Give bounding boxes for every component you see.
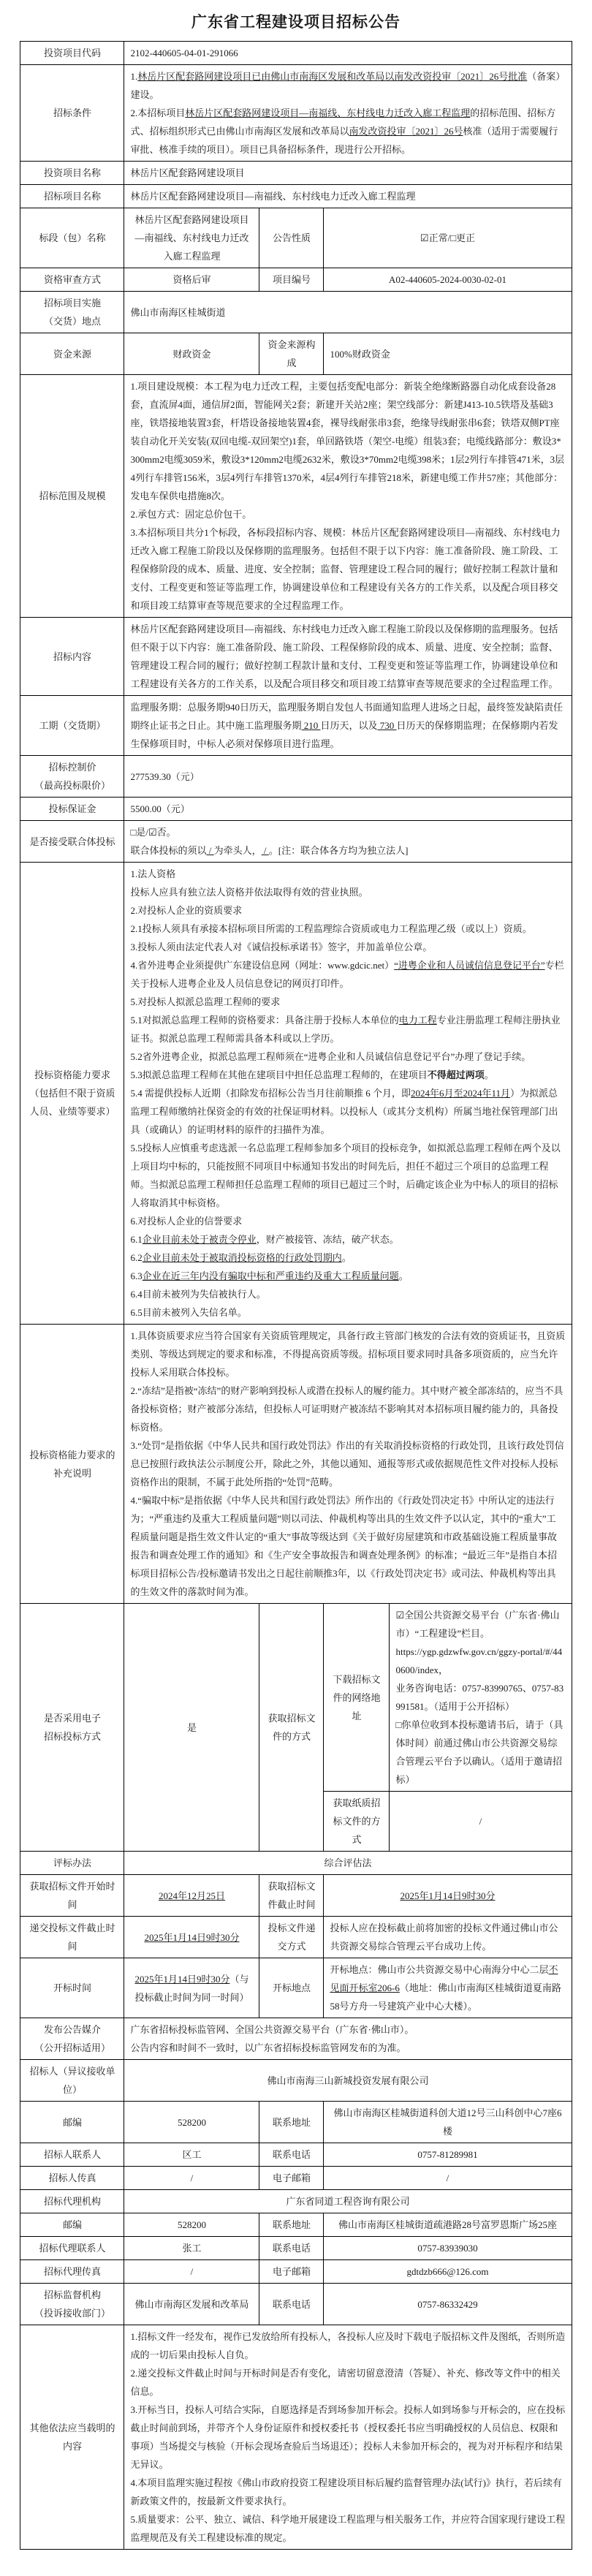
other-matters-value: 1.招标文件一经发布，视作已发放给所有投标人，各投标人应及时下载电子版招标文件及… [124,2325,572,2550]
location-label: 招标项目实施 （交货）地点 [20,292,124,333]
notice-nature-label: 公告性质 [259,208,324,268]
tenderer-fax-value: / [124,2167,259,2190]
tenderer-address-label: 联系地址 [259,2102,324,2143]
agency-zip-value: 528200 [124,2213,259,2237]
tenderer-contact-label: 招标人联系人 [20,2143,124,2167]
funds-source-value: 财政资金 [124,333,259,375]
row-funds: 资金来源 财政资金 资金来源构成 100%财政资金 [20,333,572,375]
tenderer-email-label: 电子邮箱 [259,2167,324,2190]
row-qualification-review: 资格审查方式 资格后审 项目编号 A02-440605-2024-0030-02… [20,268,572,292]
scope-label: 招标范围及规模 [20,375,124,618]
investment-name-value: 林岳片区配套路网建设项目 [124,162,572,185]
funds-composition-value: 100%财政资金 [324,333,572,375]
funds-source-label: 资金来源 [20,333,124,375]
submission-deadline-value: 2025年1月14日9时30分 [124,1917,259,1958]
row-tenderer: 招标人（异议接收单位） 佛山市南海三山新城投资发展有限公司 [20,2060,572,2102]
supervisor-phone-value: 0757-86332429 [324,2284,572,2325]
qualification-review-label: 资格审查方式 [20,268,124,292]
qualification-review-value: 资格后审 [124,268,259,292]
row-tenderer-fax: 招标人传真 / 电子邮箱 / [20,2167,572,2190]
joint-venture-value: □是/☑否。 联合体投标的须以 / 为牵头人， / 。[注：联合体各方均为独立法… [124,821,572,863]
agency-phone-label: 联系电话 [259,2237,324,2260]
row-location: 招标项目实施 （交货）地点 佛山市南海区桂城街道 [20,292,572,333]
scope-value: 1.项目建设规模：本工程为电力迁改工程，主要包括变配电部分：新装全绝缘断路器自动… [124,375,572,618]
row-section-name: 标段（包）名称 林岳片区配套路网建设项目—南福线、东村线电力迁改入廊工程监理 公… [20,208,572,268]
bid-opening-time-label: 开标时间 [20,1958,124,2018]
investment-name-label: 投资项目名称 [20,162,124,185]
row-supervisor: 招标监督机构 （投诉接收部门） 佛山市南海区发展和改革局 联系电话 0757-8… [20,2284,572,2325]
ebidding-label: 是否采用电子 招标投标方式 [20,1604,124,1852]
row-qualification-requirements: 投标资格能力要求 （包括但不限于资质 人员、业绩等要求） 1.法人资格 投标人应… [20,863,572,1325]
row-bid-deposit: 投标保证金 5500.00（元） [20,798,572,821]
bid-opening-place-value: 开标地点：佛山市公共资源交易中心南海分中心二层不见面开标室206-6（地址：佛山… [324,1958,572,2018]
doc-start-time-value: 2024年12月25日 [124,1875,259,1917]
announcement-table: 投资项目代码 2102-440605-04-01-291066 招标条件 1.林… [20,41,572,2550]
duration-label: 工期（交货期） [20,696,124,756]
doc-end-time-label: 获取招标文件截止时间 [259,1875,324,1917]
section-name-value: 林岳片区配套路网建设项目—南福线、东村线电力迁改入廊工程监理 [124,208,259,268]
row-agency-fax: 招标代理传真 / 电子邮箱 gdtdzb666@126.com [20,2260,572,2284]
agency-label: 招标代理机构 [20,2190,124,2213]
tenderer-label: 招标人（异议接收单位） [20,2060,124,2102]
section-name-label: 标段（包）名称 [20,208,124,268]
price-ceiling-label: 招标控制价 （最高投标限价） [20,756,124,798]
funds-composition-label: 资金来源构成 [259,333,324,375]
announcement-page: 广东省工程建设项目招标公告 投资项目代码 2102-440605-04-01-2… [0,0,592,2576]
qualification-supplement-label: 投标资格能力要求的补充说明 [20,1325,124,1604]
download-address-value: ☑全国公共资源交易平台（广东省·佛山市）“工程建设”栏目。 https://yg… [390,1604,572,1792]
agency-fax-label: 招标代理传真 [20,2260,124,2284]
tenderer-address-value: 佛山市南海区桂城街道科创大道12号三山科创中心7座6楼 [324,2102,572,2143]
submission-method-label: 投标文件递交方式 [259,1917,324,1958]
agency-email-value: gdtdzb666@126.com [324,2260,572,2284]
tender-name-label: 招标项目名称 [20,185,124,208]
download-address-label: 下载招标文件的网络地址 [324,1604,390,1792]
investment-code-value: 2102-440605-04-01-291066 [124,42,572,65]
announcement-media-label: 发布公告媒介 （公开招标适用） [20,2018,124,2060]
tenderer-email-value: / [324,2167,572,2190]
row-agency: 招标代理机构 广东省同道工程咨询有限公司 [20,2190,572,2213]
tender-conditions-value: 1.林岳片区配套路网建设项目已由佛山市南海区发展和改革局以南发改资投审〔2021… [124,65,572,162]
row-ebidding: 是否采用电子 招标投标方式 是 获取招标文件的方式 下载招标文件的网络地址 ☑全… [20,1604,572,1792]
project-number-value: A02-440605-2024-0030-02-01 [324,268,572,292]
tender-content-label: 招标内容 [20,618,124,696]
qualification-requirements-label: 投标资格能力要求 （包括但不限于资质 人员、业绩等要求） [20,863,124,1325]
agency-phone-value: 0757-83939030 [324,2237,572,2260]
row-tender-content: 招标内容 林岳片区配套路网建设项目—南福线、东村线电力迁改入廊工程施工阶段以及保… [20,618,572,696]
duration-value: 监理服务期：总服务期940日历天，监理服务期自发包人书面通知监理人进场之日起，最… [124,696,572,756]
investment-code-label: 投资项目代码 [20,42,124,65]
tenderer-phone-label: 联系电话 [259,2143,324,2167]
row-duration: 工期（交货期） 监理服务期：总服务期940日历天，监理服务期自发包人书面通知监理… [20,696,572,756]
row-investment-name: 投资项目名称 林岳片区配套路网建设项目 [20,162,572,185]
announcement-media-value: 广东省招标投标监管网、全国公共资源交易平台（广东省·佛山市）。 公告内容和时间不… [124,2018,572,2060]
supervisor-value: 佛山市南海区发展和改革局 [124,2284,259,2325]
bid-opening-place-label: 开标地点 [259,1958,324,2018]
agency-address-label: 联系地址 [259,2213,324,2237]
row-tenderer-zip: 邮编 528200 联系地址 佛山市南海区桂城街道科创大道12号三山科创中心7座… [20,2102,572,2143]
row-qualification-supplement: 投标资格能力要求的补充说明 1.具体资质要求应当符合国家有关资质管理规定，具备行… [20,1325,572,1604]
row-other-matters: 其他依法应当载明的内容 1.招标文件一经发布，视作已发放给所有投标人，各投标人应… [20,2325,572,2550]
qualification-supplement-value: 1.具体资质要求应当符合国家有关资质管理规定，具备行政主管部门核发的合法有效的资… [124,1325,572,1604]
row-tender-conditions: 招标条件 1.林岳片区配套路网建设项目已由佛山市南海区发展和改革局以南发改资投审… [20,65,572,162]
agency-zip-label: 邮编 [20,2213,124,2237]
other-matters-label: 其他依法应当载明的内容 [20,2325,124,2550]
bid-deposit-value: 5500.00（元） [124,798,572,821]
doc-obtain-method-label: 获取招标文件的方式 [259,1604,324,1852]
row-evaluation-method: 评标办法 综合评估法 [20,1852,572,1875]
tender-conditions-label: 招标条件 [20,65,124,162]
row-agency-zip: 邮编 528200 联系地址 佛山市南海区桂城街道疏港路28号富罗恩斯广场25座 [20,2213,572,2237]
qualification-requirements-value: 1.法人资格 投标人应具有独立法人资格并依法取得有效的营业执照。 2.对投标人企… [124,863,572,1325]
notice-nature-value: ☑正常/□更正 [324,208,572,268]
agency-fax-value: / [124,2260,259,2284]
row-scope: 招标范围及规模 1.项目建设规模：本工程为电力迁改工程，主要包括变配电部分：新装… [20,375,572,618]
row-agency-contact: 招标代理联系人 张工 联系电话 0757-83939030 [20,2237,572,2260]
bid-opening-time-value: 2025年1月14日9时30分（与投标截止时间为同一时间） [124,1958,259,2018]
submission-deadline-label: 递交投标文件截止时间 [20,1917,124,1958]
agency-contact-label: 招标代理联系人 [20,2237,124,2260]
tenderer-fax-label: 招标人传真 [20,2167,124,2190]
row-joint-venture: 是否接受联合体投标 □是/☑否。 联合体投标的须以 / 为牵头人， / 。[注：… [20,821,572,863]
page-title: 广东省工程建设项目招标公告 [0,10,592,32]
agency-value: 广东省同道工程咨询有限公司 [124,2190,572,2213]
agency-email-label: 电子邮箱 [259,2260,324,2284]
bid-deposit-label: 投标保证金 [20,798,124,821]
doc-start-time-label: 获取招标文件开始时间 [20,1875,124,1917]
project-number-label: 项目编号 [259,268,324,292]
row-doc-obtain-time: 获取招标文件开始时间 2024年12月25日 获取招标文件截止时间 2025年1… [20,1875,572,1917]
row-tender-name: 招标项目名称 林岳片区配套路网建设项目—南福线、东村线电力迁改入廊工程监理 [20,185,572,208]
tenderer-zip-label: 邮编 [20,2102,124,2143]
tenderer-contact-value: 区工 [124,2143,259,2167]
supervisor-phone-label: 联系电话 [259,2284,324,2325]
row-submission-deadline: 递交投标文件截止时间 2025年1月14日9时30分 投标文件递交方式 投标人应… [20,1917,572,1958]
row-bid-opening: 开标时间 2025年1月14日9时30分（与投标截止时间为同一时间） 开标地点 … [20,1958,572,2018]
tenderer-zip-value: 528200 [124,2102,259,2143]
agency-address-value: 佛山市南海区桂城街道疏港路28号富罗恩斯广场25座 [324,2213,572,2237]
tenderer-value: 佛山市南海三山新城投资发展有限公司 [124,2060,572,2102]
row-tenderer-contact: 招标人联系人 区工 联系电话 0757-81289981 [20,2143,572,2167]
tender-name-value: 林岳片区配套路网建设项目—南福线、东村线电力迁改入廊工程监理 [124,185,572,208]
submission-method-value: 投标人应在投标截止前将加密的投标文件通过佛山市公共资源交易综合管理云平台成功上传… [324,1917,572,1958]
doc-end-time-value: 2025年1月14日9时30分 [324,1875,572,1917]
tenderer-phone-value: 0757-81289981 [324,2143,572,2167]
agency-contact-value: 张工 [124,2237,259,2260]
price-ceiling-value: 277539.30（元） [124,756,572,798]
ebidding-value: 是 [124,1604,259,1852]
row-price-ceiling: 招标控制价 （最高投标限价） 277539.30（元） [20,756,572,798]
evaluation-method-label: 评标办法 [20,1852,124,1875]
row-announcement-media: 发布公告媒介 （公开招标适用） 广东省招标投标监管网、全国公共资源交易平台（广东… [20,2018,572,2060]
supervisor-label: 招标监督机构 （投诉接收部门） [20,2284,124,2325]
paper-doc-method-value: / [390,1792,572,1852]
row-investment-code: 投资项目代码 2102-440605-04-01-291066 [20,42,572,65]
paper-doc-method-label: 获取纸质招标文件的方式 [324,1792,390,1852]
evaluation-method-value: 综合评估法 [124,1852,572,1875]
tender-content-value: 林岳片区配套路网建设项目—南福线、东村线电力迁改入廊工程施工阶段以及保修期的监理… [124,618,572,696]
joint-venture-label: 是否接受联合体投标 [20,821,124,863]
location-value: 佛山市南海区桂城街道 [124,292,572,333]
